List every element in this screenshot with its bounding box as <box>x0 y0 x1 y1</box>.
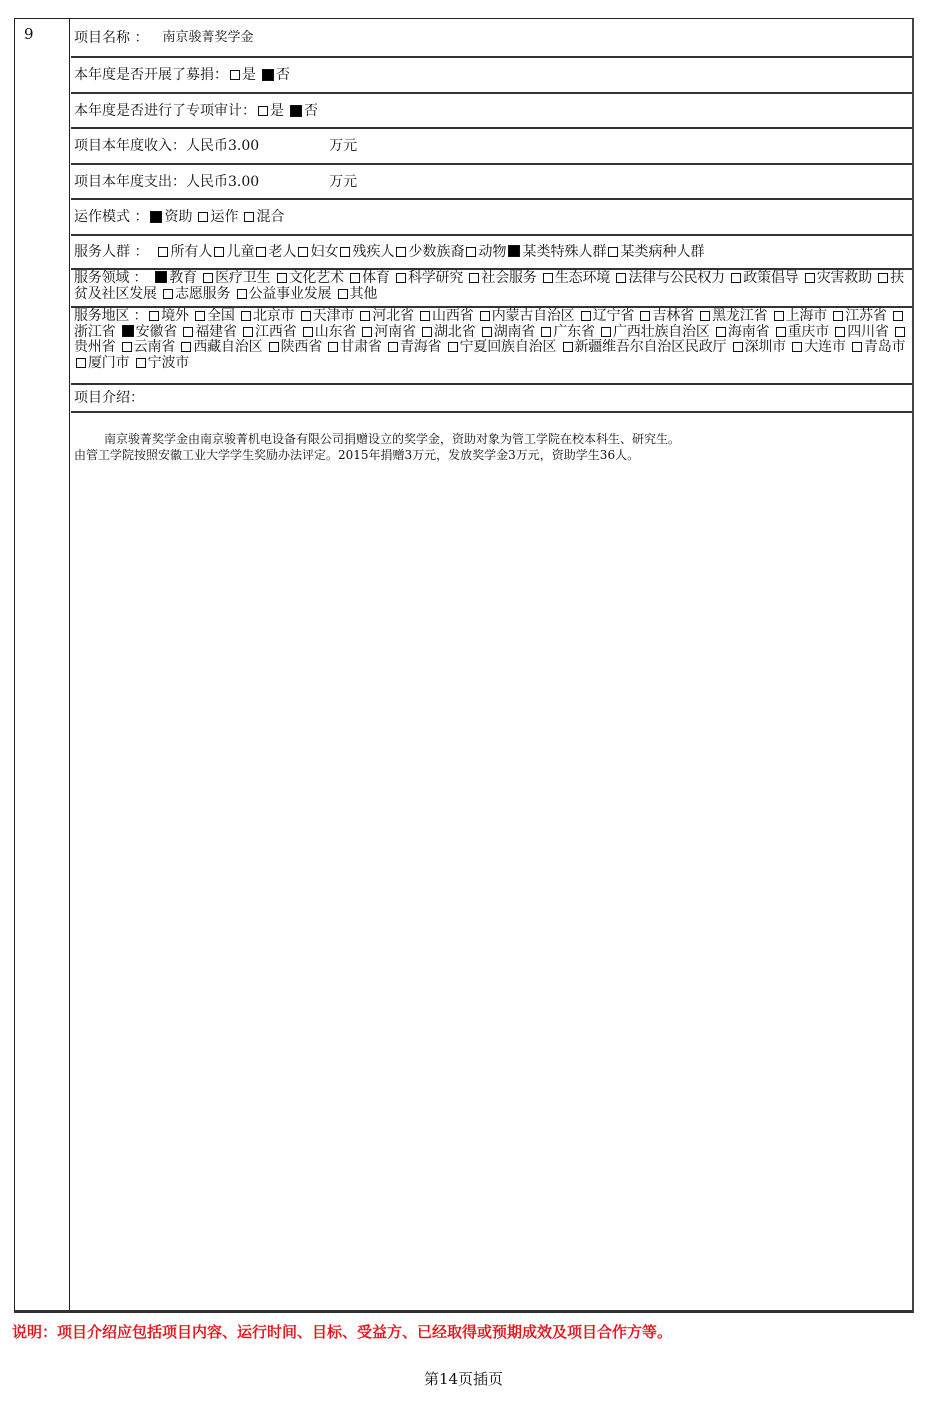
service-field-option-label: 政策倡导 <box>743 270 798 286</box>
service-population-option-label: 少数族裔 <box>408 244 464 260</box>
service-region-checkbox[interactable] <box>563 342 573 352</box>
service-field-checkbox[interactable] <box>203 273 213 283</box>
intro-line-1: 南京骏菁奖学金由南京骏菁机电设备有限公司捐赠设立的奖学金，资助对象为管工学院在校… <box>74 431 904 447</box>
service-region-checkbox[interactable] <box>835 327 845 337</box>
service-region-checkbox[interactable] <box>895 327 905 337</box>
service-population-checkbox[interactable] <box>158 247 168 257</box>
service-field-checkbox[interactable] <box>396 273 406 283</box>
service-population-option-label: 某类病种人群 <box>620 244 704 260</box>
operation-mixed-label: 混合 <box>256 209 284 225</box>
audit-yes-label: 是 <box>270 103 284 119</box>
project-name-value: 南京骏菁奖学金 <box>162 30 253 46</box>
service-region-option-label: 广东省 <box>553 324 594 340</box>
fundraising-no-checkbox[interactable] <box>262 69 274 81</box>
expense-label: 项目本年度支出：人民币3.00 <box>74 174 259 190</box>
service-region-option-label: 浙江省 <box>74 324 115 340</box>
service-region-option-label: 全国 <box>207 308 235 324</box>
service-region-checkbox[interactable] <box>541 327 551 337</box>
service-field-option-label: 志愿服务 <box>175 286 230 302</box>
service-region-checkbox[interactable] <box>181 342 191 352</box>
service-region-checkbox[interactable] <box>833 311 843 321</box>
service-region-checkbox[interactable] <box>303 327 313 337</box>
service-region-option-label: 新疆维吾尔自治区民政厅 <box>575 339 727 355</box>
row-number: 9 <box>24 25 34 43</box>
service-population-option-label: 某类特殊人群 <box>522 244 606 260</box>
fundraising-no-label: 否 <box>276 67 290 83</box>
audit-label: 本年度是否进行了专项审计： <box>74 103 256 119</box>
service-region-option-label: 大连市 <box>804 339 845 355</box>
service-field-checkbox[interactable] <box>805 273 815 283</box>
service-field-option-label: 教育 <box>169 270 197 286</box>
service-region-option-label: 贵州省 <box>74 339 115 355</box>
service-region-checkbox[interactable] <box>328 342 338 352</box>
service-field-option-label: 其他 <box>350 286 378 302</box>
service-field-checkbox[interactable] <box>878 273 888 283</box>
page-footer: 第14页插页 <box>0 1368 927 1389</box>
audit-no-checkbox[interactable] <box>290 105 302 117</box>
service-population-checkbox[interactable] <box>214 247 224 257</box>
service-region-option-label: 河南省 <box>374 324 415 340</box>
service-region-checkbox[interactable] <box>448 342 458 352</box>
income-label: 项目本年度收入：人民币3.00 <box>74 138 259 154</box>
intro-label: 项目介绍： <box>74 390 144 406</box>
service-region-checkbox[interactable] <box>269 342 279 352</box>
service-population-option-label: 妇女 <box>310 244 338 260</box>
service-region-checkbox[interactable] <box>136 358 146 368</box>
intro-text: 南京骏菁奖学金由南京骏菁机电设备有限公司捐赠设立的奖学金，资助对象为管工学院在校… <box>74 431 904 463</box>
service-region-option-label: 安徽省 <box>136 324 177 340</box>
service-region-checkbox[interactable] <box>700 311 710 321</box>
project-name-label: 项目名称 ： <box>74 30 148 46</box>
service-field-option-label: 医疗卫生 <box>215 270 270 286</box>
expense-unit: 万元 <box>329 174 357 190</box>
service-region-option-label: 境外 <box>161 308 189 324</box>
service-region-option-label: 陕西省 <box>281 339 322 355</box>
service-region-checkbox[interactable] <box>122 325 134 337</box>
service-region-checkbox[interactable] <box>301 311 311 321</box>
fundraising-row: 本年度是否开展了募捐： 是 否 <box>71 58 912 94</box>
service-field-option-label: 科学研究 <box>408 270 463 286</box>
service-region-checkbox[interactable] <box>716 327 726 337</box>
service-region-checkbox[interactable] <box>360 311 370 321</box>
service-region-option-label: 湖北省 <box>434 324 475 340</box>
note-text: 说明：项目介绍应包括项目内容、运行时间、目标、受益方、已经取得或预期成效及项目合… <box>12 1321 672 1342</box>
service-population-options: 所有人儿童老人妇女残疾人少数族裔动物某类特殊人群某类病种人群 <box>156 244 704 260</box>
service-region-option-label: 福建省 <box>195 324 236 340</box>
service-population-option-label: 残疾人 <box>352 244 394 260</box>
service-field-option-label: 法律与公民权力 <box>628 270 725 286</box>
service-region-checkbox[interactable] <box>774 311 784 321</box>
service-region-option-label: 宁波市 <box>148 355 189 371</box>
row-number-cell: 9 <box>15 19 70 1310</box>
service-population-checkbox[interactable] <box>340 247 350 257</box>
service-region-option-label: 黑龙江省 <box>712 308 767 324</box>
service-region-checkbox[interactable] <box>601 327 611 337</box>
service-population-option-label: 儿童 <box>226 244 254 260</box>
project-detail-cell: 项目名称 ： 南京骏菁奖学金 本年度是否开展了募捐： 是 否 本年度是否进行了专… <box>71 19 912 1310</box>
project-name-row: 项目名称 ： 南京骏菁奖学金 <box>71 19 912 58</box>
service-field-checkbox[interactable] <box>237 289 247 299</box>
service-population-checkbox[interactable] <box>396 247 406 257</box>
service-region-option-label: 辽宁省 <box>593 308 634 324</box>
service-population-checkbox[interactable] <box>508 245 520 257</box>
service-region-checkbox[interactable] <box>480 311 490 321</box>
service-region-option-label: 天津市 <box>313 308 354 324</box>
service-population-checkbox[interactable] <box>256 247 266 257</box>
service-field-checkbox[interactable] <box>543 273 553 283</box>
service-field-option-label: 灾害救助 <box>817 270 872 286</box>
service-region-checkbox[interactable] <box>581 311 591 321</box>
service-region-checkbox[interactable] <box>776 327 786 337</box>
service-region-options: 境外 全国 北京市 天津市 河北省 山西省 内蒙古自治区 辽宁省 吉林省 黑龙江… <box>74 308 907 371</box>
service-region-option-label: 江苏省 <box>845 308 886 324</box>
service-region-option-label: 宁夏回族自治区 <box>460 339 557 355</box>
service-field-checkbox[interactable] <box>277 273 287 283</box>
operation-mode-row: 运作模式 ： 资助 运作 混合 <box>71 200 912 236</box>
service-region-option-label: 甘肃省 <box>340 339 381 355</box>
service-region-checkbox[interactable] <box>893 311 903 321</box>
service-region-checkbox[interactable] <box>76 358 86 368</box>
service-population-checkbox[interactable] <box>608 247 618 257</box>
service-region-option-label: 青岛市 <box>864 339 905 355</box>
service-field-checkbox[interactable] <box>616 273 626 283</box>
service-field-checkbox[interactable] <box>163 289 173 299</box>
service-region-option-label: 北京市 <box>253 308 294 324</box>
service-region-option-label: 西藏自治区 <box>193 339 262 355</box>
service-population-label: 服务人群 ： <box>74 244 148 260</box>
service-region-option-label: 湖南省 <box>494 324 535 340</box>
income-unit: 万元 <box>329 138 357 154</box>
service-field-checkbox[interactable] <box>155 271 167 283</box>
service-region-option-label: 山东省 <box>315 324 356 340</box>
service-field-option-label: 公益事业发展 <box>249 286 332 302</box>
service-region-option-label: 河北省 <box>372 308 413 324</box>
service-region-option-label: 广西壮族自治区 <box>613 324 710 340</box>
service-region-row: 服务地区 ：境外 全国 北京市 天津市 河北省 山西省 内蒙古自治区 辽宁省 吉… <box>71 308 912 385</box>
service-field-row: 服务领域 ：教育 医疗卫生 文化艺术 体育 科学研究 社会服务 生态环境 法律与… <box>71 270 912 308</box>
income-row: 项目本年度收入：人民币3.00 万元 <box>71 129 912 165</box>
project-table: 9 项目名称 ： 南京骏菁奖学金 本年度是否开展了募捐： 是 否 本年度是否进行… <box>14 18 914 1313</box>
operation-funding-checkbox[interactable] <box>150 211 162 223</box>
service-field-label: 服务领域 ： <box>74 270 147 286</box>
service-region-option-label: 四川省 <box>847 324 888 340</box>
service-region-checkbox[interactable] <box>852 342 862 352</box>
service-region-option-label: 青海省 <box>400 339 441 355</box>
service-population-option-label: 所有人 <box>170 244 212 260</box>
audit-row: 本年度是否进行了专项审计： 是 否 <box>71 94 912 129</box>
operation-mode-label: 运作模式 ： <box>74 209 148 225</box>
service-region-checkbox[interactable] <box>422 327 432 337</box>
service-field-options: 教育 医疗卫生 文化艺术 体育 科学研究 社会服务 生态环境 法律与公民权力 政… <box>74 270 904 302</box>
service-field-option-label: 体育 <box>362 270 390 286</box>
service-region-checkbox[interactable] <box>482 327 492 337</box>
expense-row: 项目本年度支出：人民币3.00 万元 <box>71 165 912 200</box>
audit-yes-checkbox[interactable] <box>258 106 268 116</box>
service-region-checkbox[interactable] <box>195 311 205 321</box>
service-field-checkbox[interactable] <box>469 273 479 283</box>
service-region-option-label: 海南省 <box>728 324 769 340</box>
fundraising-yes-checkbox[interactable] <box>230 70 240 80</box>
service-population-option-label: 动物 <box>478 244 506 260</box>
service-field-checkbox[interactable] <box>338 289 348 299</box>
service-population-checkbox[interactable] <box>298 247 308 257</box>
service-region-checkbox[interactable] <box>122 342 132 352</box>
service-region-checkbox[interactable] <box>388 342 398 352</box>
service-population-option-label: 老人 <box>268 244 296 260</box>
service-field-checkbox[interactable] <box>731 273 741 283</box>
service-region-option-label: 江西省 <box>255 324 296 340</box>
service-region-checkbox[interactable] <box>640 311 650 321</box>
service-region-option-label: 深圳市 <box>745 339 786 355</box>
service-region-checkbox[interactable] <box>149 311 159 321</box>
service-region-checkbox[interactable] <box>733 342 743 352</box>
audit-no-label: 否 <box>304 103 318 119</box>
service-region-option-label: 上海市 <box>786 308 827 324</box>
service-region-checkbox[interactable] <box>241 311 251 321</box>
service-field-option-label: 社会服务 <box>481 270 536 286</box>
service-region-option-label: 重庆市 <box>788 324 829 340</box>
service-region-option-label: 内蒙古自治区 <box>492 308 575 324</box>
intro-label-row: 项目介绍： <box>71 385 912 413</box>
service-field-option-label: 文化艺术 <box>289 270 344 286</box>
service-field-checkbox[interactable] <box>350 273 360 283</box>
service-population-checkbox[interactable] <box>466 247 476 257</box>
intro-line-2: 由管工学院按照安徽工业大学学生奖励办法评定。2015年捐赠3万元，发放奖学金3万… <box>74 447 904 463</box>
service-field-option-label: 生态环境 <box>555 270 610 286</box>
service-region-checkbox[interactable] <box>243 327 253 337</box>
service-region-option-label: 吉林省 <box>652 308 693 324</box>
operation-operate-label: 运作 <box>210 209 238 225</box>
service-region-checkbox[interactable] <box>792 342 802 352</box>
service-region-checkbox[interactable] <box>183 327 193 337</box>
operation-funding-label: 资助 <box>164 209 192 225</box>
fundraising-label: 本年度是否开展了募捐： <box>74 67 228 83</box>
service-region-option-label: 云南省 <box>134 339 175 355</box>
operation-mixed-checkbox[interactable] <box>244 212 254 222</box>
fundraising-yes-label: 是 <box>242 67 256 83</box>
service-region-option-label: 山西省 <box>432 308 473 324</box>
service-population-row: 服务人群 ： 所有人儿童老人妇女残疾人少数族裔动物某类特殊人群某类病种人群 <box>71 236 912 270</box>
service-region-option-label: 厦门市 <box>88 355 129 371</box>
service-region-checkbox[interactable] <box>362 327 372 337</box>
service-region-checkbox[interactable] <box>420 311 430 321</box>
operation-operate-checkbox[interactable] <box>198 212 208 222</box>
service-region-label: 服务地区 ： <box>74 308 147 324</box>
